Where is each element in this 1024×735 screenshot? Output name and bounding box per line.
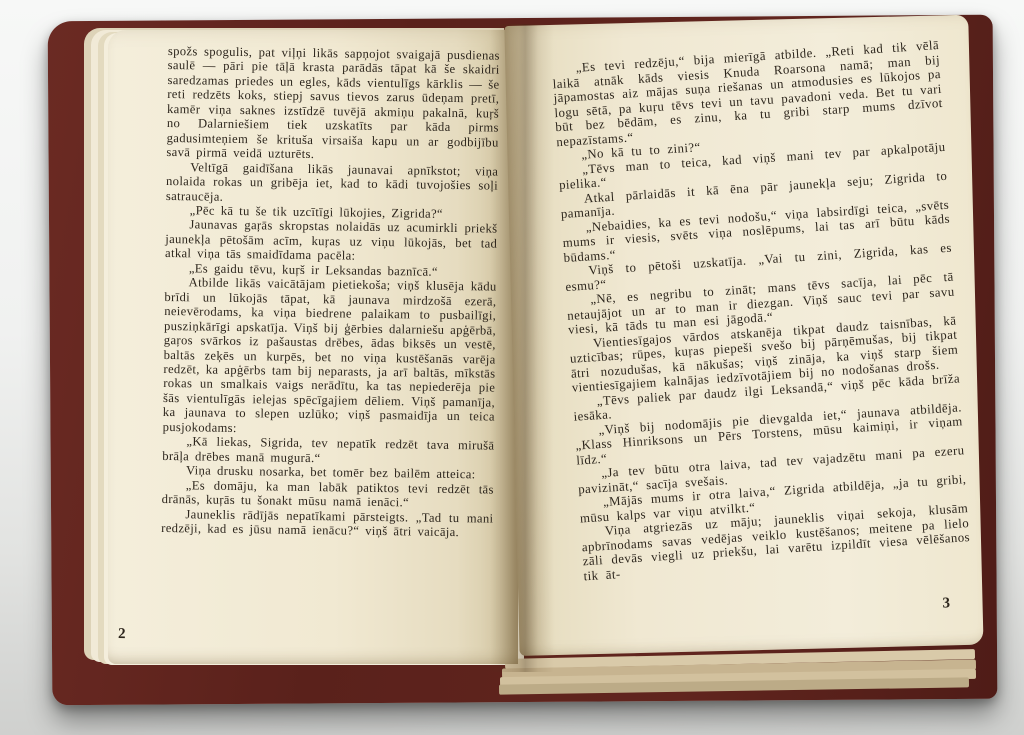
paragraph: Veltīgā gaidīšana likās jaunavai apnīkst… — [166, 160, 499, 208]
paragraph: spožs spogulis, pat viļņi likās sapņojot… — [166, 44, 500, 164]
page-left-text: spožs spogulis, pat viļņi likās sapņojot… — [161, 44, 500, 540]
paragraph: Jaunavas gaŗās skropstas nolaidās uz acu… — [165, 217, 498, 265]
page-right: „Es tevi redzēju,“ bija mierīgā atbilde.… — [504, 15, 983, 656]
paragraph: Jauneklis rādījās nepatīkami pārsteigts.… — [161, 506, 493, 540]
page-left: spožs spogulis, pat viļņi likās sapņojot… — [108, 30, 518, 664]
page-number-right: 3 — [942, 595, 950, 612]
paragraph: „Es domāju, ka man labāk patiktos tevi r… — [162, 478, 494, 512]
open-book: spožs spogulis, pat viļņi likās sapņojot… — [50, 18, 995, 702]
page-right-text: „Es tevi redzēju,“ bija mierīgā atbilde.… — [551, 38, 971, 583]
page-number-left: 2 — [118, 626, 126, 643]
paragraph: Atbilde likās vaicātājam pietiekoša; viņ… — [163, 275, 497, 439]
photo-backdrop: { "colors": { "cover": "#5e2420", "paper… — [0, 0, 1024, 735]
paragraph: „Kā liekas, Sigrida, tev nepatīk redzēt … — [162, 434, 494, 468]
